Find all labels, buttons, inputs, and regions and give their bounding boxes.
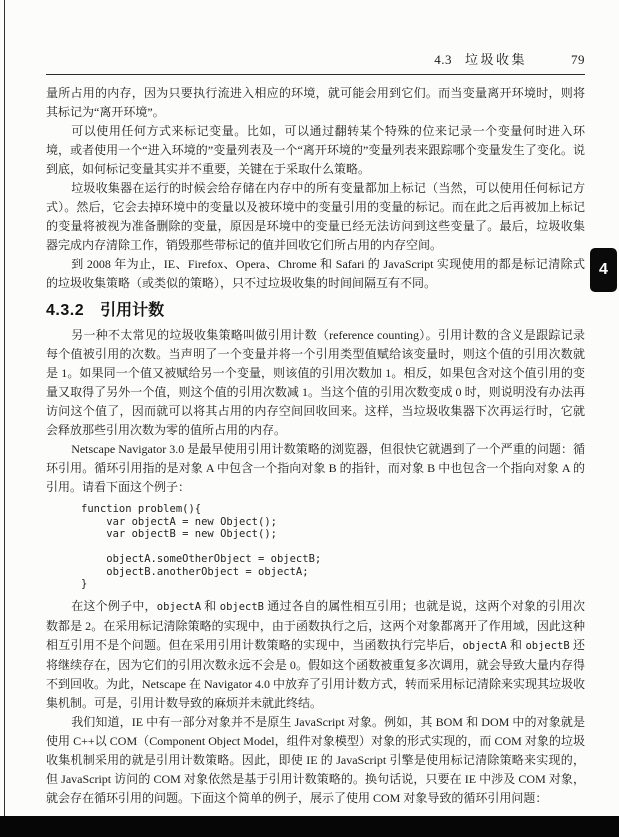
- header-page-number: 79: [571, 52, 585, 68]
- chapter-tab-number: 4: [599, 261, 608, 279]
- paragraph: 在这个例子中，objectA 和 objectB 通过各自的属性相互引用；也就是…: [46, 597, 585, 713]
- paragraph: 垃圾收集器在运行的时候会给存储在内存中的所有变量都加上标记（当然，可以使用任何标…: [46, 179, 585, 255]
- book-page: 4.3 垃圾收集 79 量所占用的内存，因为只要执行流进入相应的环境，就可能会用…: [0, 0, 619, 837]
- paragraph: Netscape Navigator 3.0 是最早使用引用计数策略的浏览器，但…: [46, 440, 585, 497]
- bottom-scan-bar: [0, 816, 619, 837]
- chapter-thumb-tab: 4: [590, 248, 617, 292]
- paragraph: 我们知道，IE 中有一部分对象并不是原生 JavaScript 对象。例如，其 …: [46, 713, 585, 808]
- section-heading: 4.3.2 引用计数: [46, 301, 585, 320]
- section-heading-number: 4.3.2: [46, 301, 84, 320]
- paragraph: 可以使用任何方式来标记变量。比如，可以通过翻转某个特殊的位来记录一个变量何时进入…: [46, 122, 585, 179]
- section-heading-title: 引用计数: [100, 301, 164, 320]
- header-section-number: 4.3: [434, 52, 452, 68]
- paragraph-continuation: 量所占用的内存，因为只要执行流进入相应的环境，就可能会用到它们。而当变量离开环境…: [46, 84, 585, 122]
- code-example: function problem(){ var objectA = new Ob…: [81, 503, 585, 591]
- header-section-title: 垃圾收集: [465, 49, 527, 68]
- page-body: 量所占用的内存，因为只要执行流进入相应的环境，就可能会用到它们。而当变量离开环境…: [46, 84, 585, 808]
- left-edge-scan-line: [4, 0, 5, 837]
- paragraph: 另一种不太常见的垃圾收集策略叫做引用计数（reference counting）…: [46, 326, 585, 440]
- paragraph: 到 2008 年为止，IE、Firefox、Opera、Chrome 和 Saf…: [46, 255, 585, 293]
- page-header: 4.3 垃圾收集 79: [46, 49, 585, 75]
